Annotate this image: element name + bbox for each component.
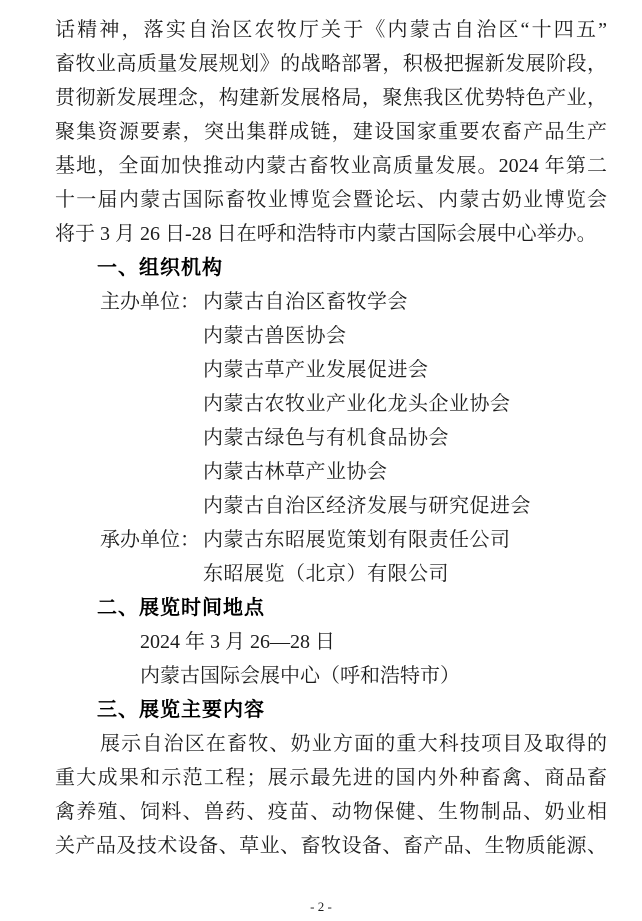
- intro-line: 将于 3 月 26 日-28 日在呼和浩特市内蒙古国际会展中心举办。: [55, 217, 607, 251]
- intro-line: 聚集资源要素，突出集群成链，建设国家重要农畜产品生产: [55, 115, 607, 149]
- intro-line: 基地，全面加快推动内蒙古畜牧业高质量发展。2024 年第二: [55, 149, 607, 183]
- main-content-line: 重大成果和示范工程；展示最先进的国内外种畜禽、商品畜: [55, 761, 607, 795]
- section-heading-time-place: 二、展览时间地点: [55, 591, 607, 625]
- main-content-line: 禽养殖、饲料、兽药、疫苗、动物保健、生物制品、奶业相: [55, 795, 607, 829]
- host-units-list: 内蒙古自治区畜牧学会 内蒙古兽医协会 内蒙古草产业发展促进会 内蒙古农牧业产业化…: [203, 285, 607, 523]
- section-heading-main-content: 三、展览主要内容: [55, 693, 607, 727]
- main-content-line: 展示自治区在畜牧、奶业方面的重大科技项目及取得的: [55, 727, 607, 761]
- organizer-units-label: 承办单位：: [100, 523, 203, 557]
- document-page: 话精神，落实自治区农牧厅关于《内蒙古自治区“十四五” 畜牧业高质量发展规划》的战…: [0, 0, 642, 921]
- organizer-units-row: 承办单位： 内蒙古东昭展览策划有限责任公司 东昭展览（北京）有限公司: [100, 523, 607, 591]
- intro-paragraph: 话精神，落实自治区农牧厅关于《内蒙古自治区“十四五” 畜牧业高质量发展规划》的战…: [55, 13, 607, 251]
- organizer-units-list: 内蒙古东昭展览策划有限责任公司 东昭展览（北京）有限公司: [203, 523, 607, 591]
- intro-line: 十一届内蒙古国际畜牧业博览会暨论坛、内蒙古奶业博览会: [55, 183, 607, 217]
- main-content-paragraph: 展示自治区在畜牧、奶业方面的重大科技项目及取得的 重大成果和示范工程；展示最先进…: [55, 727, 607, 863]
- text-block: 话精神，落实自治区农牧厅关于《内蒙古自治区“十四五” 畜牧业高质量发展规划》的战…: [0, 0, 642, 863]
- exhibition-date: 2024 年 3 月 26—28 日: [140, 625, 607, 659]
- host-unit-item: 内蒙古自治区畜牧学会: [203, 285, 607, 319]
- host-units-row: 主办单位： 内蒙古自治区畜牧学会 内蒙古兽医协会 内蒙古草产业发展促进会 内蒙古…: [100, 285, 607, 523]
- host-unit-item: 内蒙古林草产业协会: [203, 455, 607, 489]
- organizer-unit-item: 东昭展览（北京）有限公司: [203, 557, 607, 591]
- host-unit-item: 内蒙古草产业发展促进会: [203, 353, 607, 387]
- host-unit-item: 内蒙古自治区经济发展与研究促进会: [203, 489, 607, 523]
- page-number: - 2 -: [0, 899, 642, 915]
- intro-line: 贯彻新发展理念，构建新发展格局，聚焦我区优势特色产业，: [55, 81, 607, 115]
- host-unit-item: 内蒙古农牧业产业化龙头企业协会: [203, 387, 607, 421]
- intro-line: 畜牧业高质量发展规划》的战略部署，积极把握新发展阶段，: [55, 47, 607, 81]
- main-content-line: 关产品及技术设备、草业、畜牧设备、畜产品、生物质能源、: [55, 829, 607, 863]
- host-unit-item: 内蒙古绿色与有机食品协会: [203, 421, 607, 455]
- organizer-unit-item: 内蒙古东昭展览策划有限责任公司: [203, 523, 607, 557]
- intro-line: 话精神，落实自治区农牧厅关于《内蒙古自治区“十四五”: [55, 13, 607, 47]
- host-units-label: 主办单位：: [100, 285, 203, 319]
- host-unit-item: 内蒙古兽医协会: [203, 319, 607, 353]
- section-heading-organization: 一、组织机构: [55, 251, 607, 285]
- exhibition-venue: 内蒙古国际会展中心（呼和浩特市）: [140, 659, 607, 693]
